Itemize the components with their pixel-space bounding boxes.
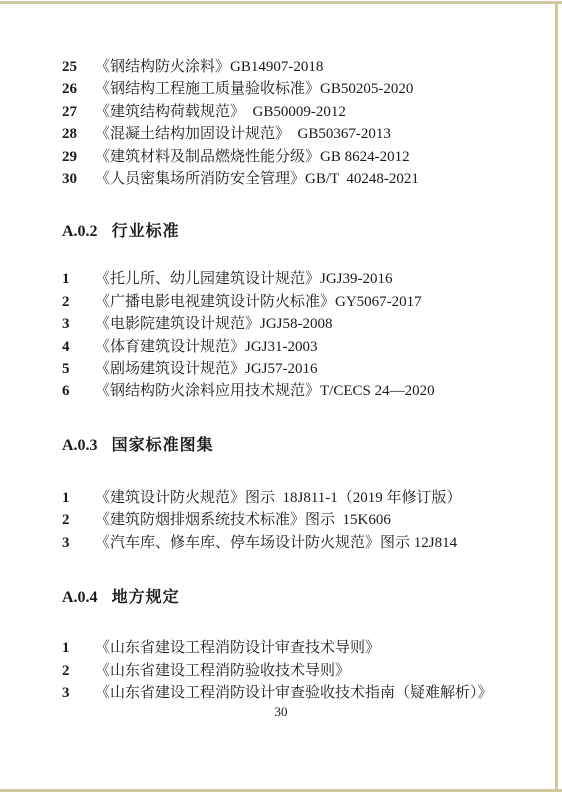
item-text: 《汽车库、修车库、停车场设计防火规范》图示 12J814 [95,532,532,554]
section-code: A.0.3 [62,437,98,454]
page-number: 30 [0,704,562,720]
list-item: 3 《山东省建设工程消防设计审查验收技术指南（疑难解析）》 [0,682,562,704]
item-text: 《钢结构防火涂料》GB14907-2018 [95,56,532,78]
list-item: 26 《钢结构工程施工质量验收标准》GB50205-2020 [0,78,562,100]
list-item: 3 《电影院建筑设计规范》JGJ58-2008 [0,313,562,335]
item-number: 2 [62,660,95,682]
item-number: 25 [62,56,95,78]
item-number: 1 [62,268,95,290]
list-item: 1 《托儿所、幼儿园建筑设计规范》JGJ39-2016 [0,268,562,290]
list-item: 4 《体育建筑设计规范》JGJ31-2003 [0,336,562,358]
item-number: 2 [62,291,95,313]
item-text: 《建筑设计防火规范》图示 18J811-1（2019 年修订版） [95,487,532,509]
industry-standards-list: 1 《托儿所、幼儿园建筑设计规范》JGJ39-2016 2 《广播电影电视建筑设… [0,268,562,402]
list-item: 6 《钢结构防火涂料应用技术规范》T/CECS 24—2020 [0,380,562,402]
item-text: 《建筑防烟排烟系统技术标准》图示 15K606 [95,509,532,531]
item-text: 《建筑结构荷载规范》 GB50009-2012 [95,101,532,123]
list-item: 2 《广播电影电视建筑设计防火标准》GY5067-2017 [0,291,562,313]
item-text: 《山东省建设工程消防验收技术导则》 [95,660,532,682]
item-number: 30 [62,168,95,190]
item-text: 《建筑材料及制品燃烧性能分级》GB 8624-2012 [95,146,532,168]
list-item: 25 《钢结构防火涂料》GB14907-2018 [0,56,562,78]
list-item: 2 《山东省建设工程消防验收技术导则》 [0,660,562,682]
item-text: 《广播电影电视建筑设计防火标准》GY5067-2017 [95,291,532,313]
item-number: 1 [62,637,95,659]
section-heading-a03: A.0.3国家标准图集 [0,435,562,457]
item-text: 《山东省建设工程消防设计审查验收技术指南（疑难解析）》 [95,682,532,704]
item-text: 《人员密集场所消防安全管理》GB/T 40248-2021 [95,168,532,190]
list-item: 1 《山东省建设工程消防设计审查技术导则》 [0,637,562,659]
item-number: 2 [62,509,95,531]
item-text: 《钢结构工程施工质量验收标准》GB50205-2020 [95,78,532,100]
list-item: 29 《建筑材料及制品燃烧性能分级》GB 8624-2012 [0,146,562,168]
item-text: 《剧场建筑设计规范》JGJ57-2016 [95,358,532,380]
item-text: 《电影院建筑设计规范》JGJ58-2008 [95,313,532,335]
item-text: 《山东省建设工程消防设计审查技术导则》 [95,637,532,659]
section-heading-a04: A.0.4地方规定 [0,587,562,609]
list-item: 5 《剧场建筑设计规范》JGJ57-2016 [0,358,562,380]
item-number: 3 [62,532,95,554]
item-number: 6 [62,380,95,402]
item-number: 1 [62,487,95,509]
item-number: 3 [62,313,95,335]
section-code: A.0.4 [62,589,98,606]
item-number: 29 [62,146,95,168]
item-number: 5 [62,358,95,380]
item-text: 《托儿所、幼儿园建筑设计规范》JGJ39-2016 [95,268,532,290]
local-regulations-list: 1 《山东省建设工程消防设计审查技术导则》 2 《山东省建设工程消防验收技术导则… [0,637,562,704]
standard-atlas-list: 1 《建筑设计防火规范》图示 18J811-1（2019 年修订版） 2 《建筑… [0,487,562,554]
item-number: 27 [62,101,95,123]
list-item: 27 《建筑结构荷载规范》 GB50009-2012 [0,101,562,123]
item-text: 《混凝土结构加固设计规范》 GB50367-2013 [95,123,532,145]
item-number: 26 [62,78,95,100]
section-code: A.0.2 [62,223,98,240]
section-title: 地方规定 [112,589,180,606]
item-number: 4 [62,336,95,358]
section-heading-a02: A.0.2行业标准 [0,221,562,243]
list-item: 3 《汽车库、修车库、停车场设计防火规范》图示 12J814 [0,532,562,554]
section-title: 行业标准 [112,223,180,240]
section-title: 国家标准图集 [112,437,214,454]
list-item: 2 《建筑防烟排烟系统技术标准》图示 15K606 [0,509,562,531]
item-text: 《体育建筑设计规范》JGJ31-2003 [95,336,532,358]
document-page: 25 《钢结构防火涂料》GB14907-2018 26 《钢结构工程施工质量验收… [0,0,562,720]
page-edge-bottom [0,789,562,792]
list-item: 28 《混凝土结构加固设计规范》 GB50367-2013 [0,123,562,145]
item-number: 28 [62,123,95,145]
national-standards-list: 25 《钢结构防火涂料》GB14907-2018 26 《钢结构工程施工质量验收… [0,56,562,190]
item-text: 《钢结构防火涂料应用技术规范》T/CECS 24—2020 [95,380,532,402]
item-number: 3 [62,682,95,704]
list-item: 30 《人员密集场所消防安全管理》GB/T 40248-2021 [0,168,562,190]
list-item: 1 《建筑设计防火规范》图示 18J811-1（2019 年修订版） [0,487,562,509]
